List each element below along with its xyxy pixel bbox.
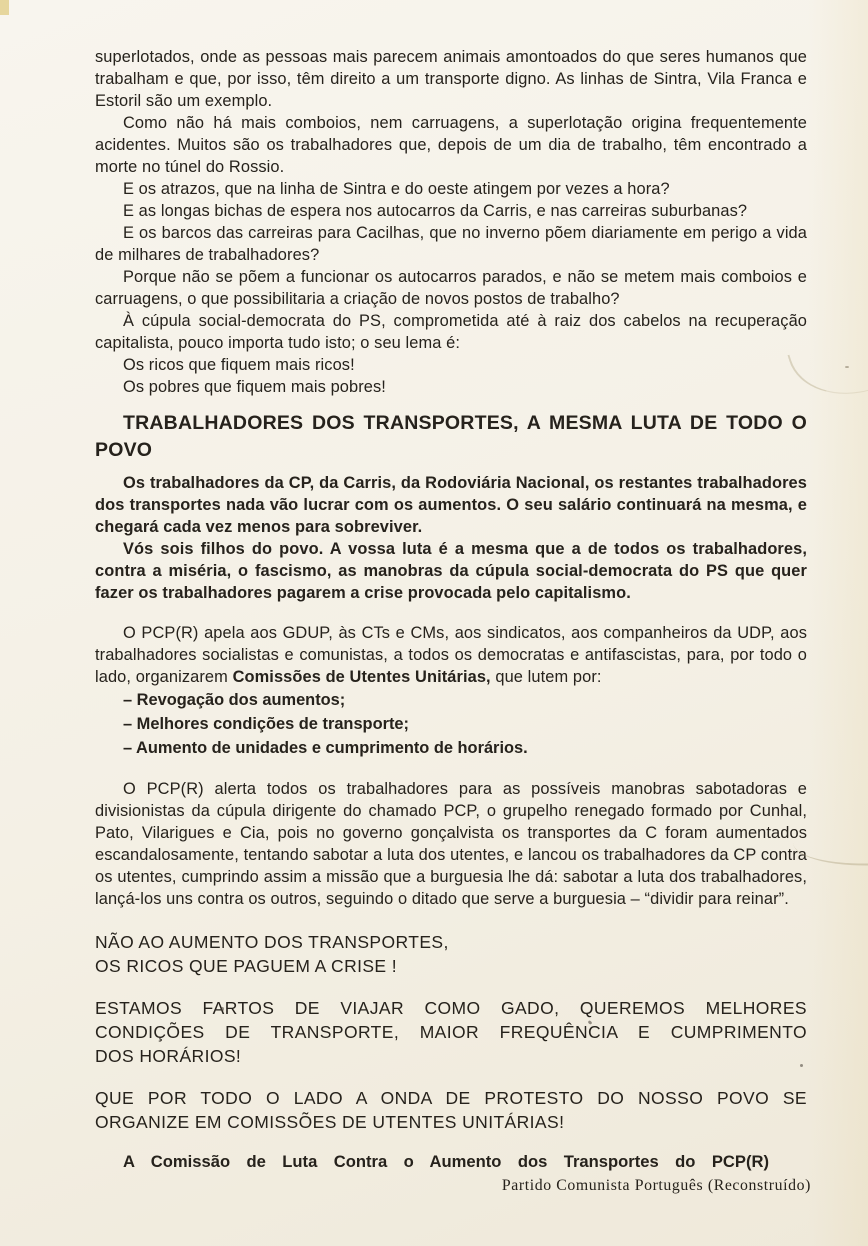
leaflet-text-column: superlotados, onde as pessoas mais parec… [95, 0, 807, 1196]
demands-list: – Revogação dos aumentos; – Melhores con… [123, 688, 807, 760]
paper-edge-tint [808, 0, 868, 1246]
intro-paragraph: Como não há mais comboios, nem carruagen… [95, 112, 807, 178]
intro-question: E os barcos das carreiras para Cacilhas,… [95, 222, 807, 266]
slogan-line: OS RICOS QUE PAGUEM A CRISE ! [95, 954, 807, 978]
workers-paragraph: Os trabalhadores da CP, da Carris, da Ro… [95, 472, 807, 538]
slogan-block-protesto: QUE POR TODO O LADO A ONDA DE PROTESTO D… [95, 1086, 807, 1134]
slogan-line: CONDIÇÕES DE TRANSPORTE, MAIOR FREQUÊNCI… [95, 1020, 807, 1044]
demand-item: – Aumento de unidades e cumprimento de h… [123, 736, 807, 760]
lema-line: Os ricos que fiquem mais ricos! [95, 354, 807, 376]
scan-speck [845, 366, 849, 368]
workers-paragraph: Vós sois filhos do povo. A vossa luta é … [95, 538, 807, 604]
slogan-block-fartos: ESTAMOS FARTOS DE VIAJAR COMO GADO, QUER… [95, 996, 807, 1068]
demand-item: – Revogação dos aumentos; [123, 688, 807, 712]
appeal-paragraph: O PCP(R) apela aos GDUP, às CTs e CMs, a… [95, 622, 807, 688]
slogan-line: DOS HORÁRIOS! [95, 1044, 807, 1068]
slogan-line: QUE POR TODO O LADO A ONDA DE PROTESTO D… [95, 1086, 807, 1110]
slogan-line: NÃO AO AUMENTO DOS TRANSPORTES, [95, 930, 807, 954]
intro-paragraph-continuation: superlotados, onde as pessoas mais parec… [95, 46, 807, 112]
slogan-block-no-aumento: NÃO AO AUMENTO DOS TRANSPORTES, OS RICOS… [95, 930, 807, 978]
slogan-line: ESTAMOS FARTOS DE VIAJAR COMO GADO, QUER… [95, 996, 807, 1020]
intro-question: E os atrazos, que na linha de Sintra e d… [95, 178, 807, 200]
section-heading-line: POVO [95, 437, 807, 464]
appeal-tail-text: que lutem por: [491, 668, 602, 686]
demand-item: – Melhores condições de transporte; [123, 712, 807, 736]
signature-line: A Comissão de Luta Contra o Aumento dos … [123, 1150, 769, 1173]
warning-paragraph: O PCP(R) alerta todos os trabalhadores p… [95, 778, 807, 910]
lema-line: Os pobres que fiquem mais pobres! [95, 376, 807, 398]
scan-corner-mark [0, 0, 9, 15]
intro-question: E as longas bichas de espera nos autocar… [95, 200, 807, 222]
party-name-line: Partido Comunista Português (Reconstruíd… [95, 1175, 811, 1196]
section-heading: TRABALHADORES DOS TRANSPORTES, A MESMA L… [95, 410, 807, 464]
slogan-line: ORGANIZE EM COMISSÕES DE UTENTES UNITÁRI… [95, 1110, 807, 1134]
intro-paragraph: À cúpula social-democrata do PS, comprom… [95, 310, 807, 354]
intro-question: Porque não se põem a funcionar os autoca… [95, 266, 807, 310]
appeal-bold-phrase: Comissões de Utentes Unitárias, [233, 668, 491, 686]
section-heading-line: TRABALHADORES DOS TRANSPORTES, A MESMA L… [95, 410, 807, 437]
scanned-leaflet-page: superlotados, onde as pessoas mais parec… [0, 0, 868, 1246]
